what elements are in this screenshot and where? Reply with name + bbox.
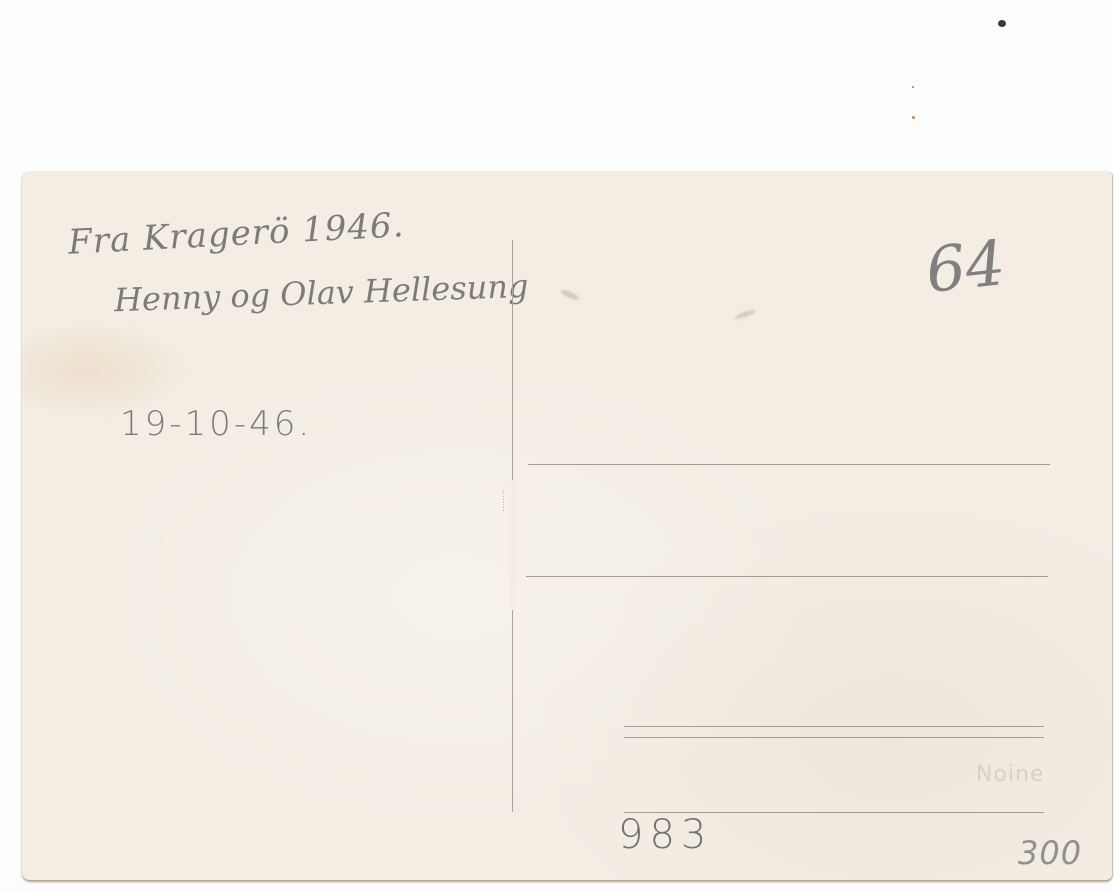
- handwritten-names: Henny og Olav Hellesung: [113, 267, 528, 319]
- address-line-1: [528, 464, 1050, 465]
- collector-number: 64: [922, 226, 1008, 307]
- printer-imprint: ········: [499, 490, 507, 512]
- center-divider-line: [512, 240, 513, 812]
- pencil-smudge: [734, 308, 756, 320]
- address-line-2: [526, 576, 1048, 577]
- handwritten-location-year: Fra Kragerö 1946.: [67, 205, 405, 263]
- handwritten-date: 19-10-46.: [120, 404, 312, 444]
- dust-speck: [912, 86, 914, 88]
- postcard-back: Fra Kragerö 1946. Henny og Olav Hellesun…: [22, 172, 1112, 881]
- dust-speck: [998, 20, 1006, 27]
- address-line-3: [624, 726, 1044, 727]
- divider-gap: [510, 480, 516, 610]
- dust-speck: [912, 116, 915, 119]
- address-line-4: [624, 737, 1044, 738]
- price-marking: 300: [1018, 834, 1082, 872]
- reference-number: 983: [618, 812, 712, 858]
- faint-stamp-text: Noine: [976, 762, 1045, 787]
- pencil-smudge: [560, 288, 581, 302]
